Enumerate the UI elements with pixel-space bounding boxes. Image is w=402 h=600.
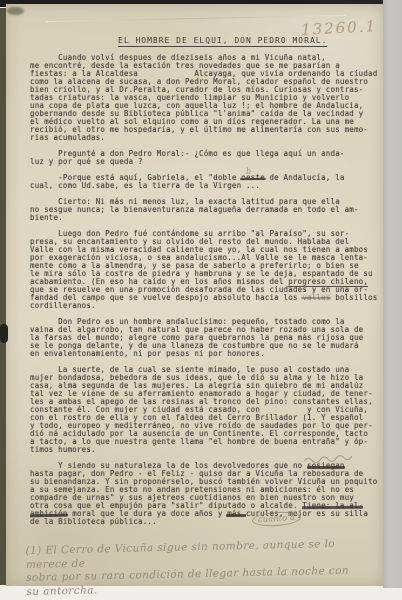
strike-mark-valles <box>301 297 331 299</box>
paragraph-3: -Porque está aquí, Gabriela, el "doble o… <box>30 174 386 190</box>
strike-mark-sosiegan <box>307 466 345 469</box>
paragraph-6: Don Pedro es un hombre andalucísimo: peq… <box>30 318 386 358</box>
paragraph-1: Cuando volví despues de dieziseis años a… <box>30 54 386 142</box>
paragraph-7: La suerte, de la cual se siente mimado, … <box>30 366 386 454</box>
document-title-text: EL HOMBRE DE ELQUI, DON PEDRO MORAL. <box>118 36 327 47</box>
document-title: EL HOMBRE DE ELQUI, DON PEDRO MORAL. <box>118 36 386 46</box>
scanned-manuscript-page: 13260.1 EL HOMBRE DE ELQUI, DON PEDRO MO… <box>0 0 402 600</box>
strike-mark-mas <box>226 514 246 517</box>
paragraph-4: Cierto: Ni más ni menos luz, la exacta l… <box>30 198 386 222</box>
underline-progreso-chileno <box>288 286 368 287</box>
pencil-mark-above-doble: b <box>246 167 251 176</box>
paragraph-2: Pregunté a don Pedro Moral:- ¿Cómo es qu… <box>30 150 386 166</box>
strike-mark-doble-word <box>240 178 266 180</box>
binding-edge <box>0 8 6 585</box>
handwritten-footnote: (1) El Cerro de Vicuña sigue sin nombre,… <box>25 537 378 599</box>
paper-smudge <box>7 7 24 15</box>
binding-ink-blob <box>0 324 8 343</box>
paragraph-8: Y siendo su naturaleza la de los devolve… <box>30 462 386 526</box>
paragraph-5: Luego don Pedro fué contándome su arribo… <box>30 230 386 310</box>
